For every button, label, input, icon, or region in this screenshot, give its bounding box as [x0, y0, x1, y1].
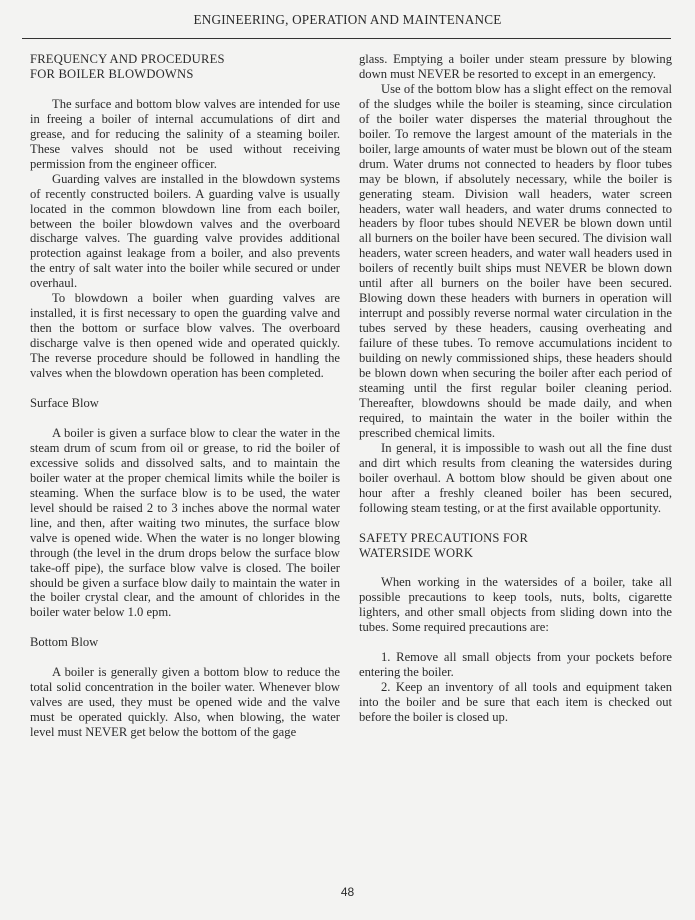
paragraph-continuation: glass. Emptying a boiler under steam pre…	[359, 52, 672, 82]
section-heading-safety-line2: WATERSIDE WORK	[359, 546, 672, 561]
header-rule	[22, 38, 671, 39]
list-item: 2. Keep an inventory of all tools and eq…	[359, 680, 672, 725]
running-header: ENGINEERING, OPERATION AND MAINTENANCE	[0, 12, 695, 28]
subheading-surface-blow: Surface Blow	[30, 396, 340, 411]
paragraph: To blowdown a boiler when guarding valve…	[30, 291, 340, 381]
section-heading-blowdowns-line1: FREQUENCY AND PROCEDURES	[30, 52, 340, 67]
paragraph: Guarding valves are installed in the blo…	[30, 172, 340, 292]
left-column: FREQUENCY AND PROCEDURES FOR BOILER BLOW…	[30, 52, 340, 740]
paragraph: A boiler is given a surface blow to clea…	[30, 426, 340, 620]
page-number: 48	[0, 885, 695, 899]
subheading-bottom-blow: Bottom Blow	[30, 635, 340, 650]
paragraph: Use of the bottom blow has a slight effe…	[359, 82, 672, 441]
section-heading-safety-line1: SAFETY PRECAUTIONS FOR	[359, 531, 672, 546]
list-item: 1. Remove all small objects from your po…	[359, 650, 672, 680]
paragraph: A boiler is generally given a bottom blo…	[30, 665, 340, 740]
paragraph: In general, it is impossible to wash out…	[359, 441, 672, 516]
paragraph: The surface and bottom blow valves are i…	[30, 97, 340, 172]
paragraph: When working in the watersides of a boil…	[359, 575, 672, 635]
section-heading-blowdowns-line2: FOR BOILER BLOWDOWNS	[30, 67, 340, 82]
right-column: glass. Emptying a boiler under steam pre…	[359, 52, 672, 725]
